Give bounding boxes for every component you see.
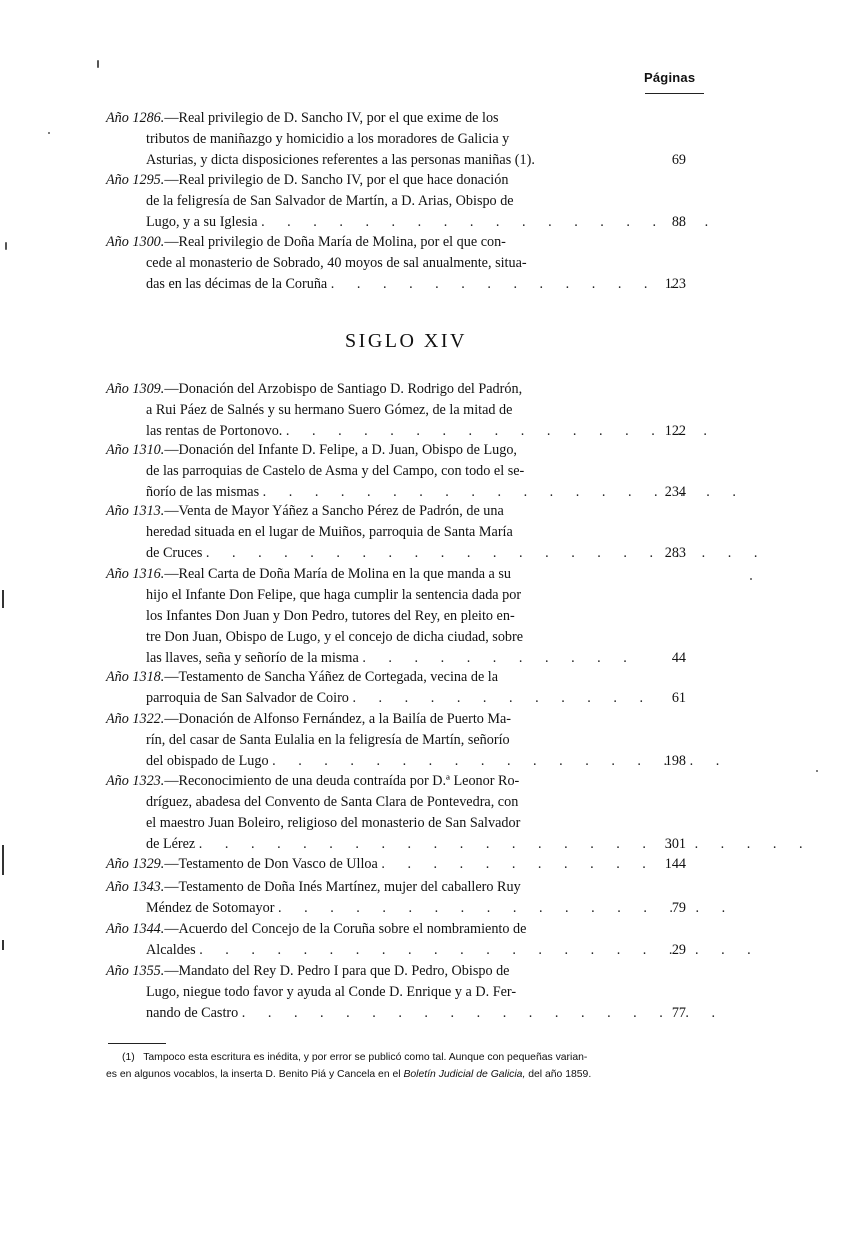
entry-year: Año 1355. bbox=[106, 963, 164, 979]
entry-page-number: 29 bbox=[576, 940, 686, 961]
entry-text: las rentas de Portonovo. bbox=[146, 423, 282, 439]
footnote-text: del año 1859. bbox=[525, 1069, 591, 1080]
entry-year: Año 1309. bbox=[106, 381, 164, 397]
entry-text: Alcaldes bbox=[146, 942, 196, 958]
pages-column-header: Páginas bbox=[644, 70, 695, 85]
entry-year: Año 1343. bbox=[106, 879, 164, 895]
scan-margin-mark bbox=[2, 590, 4, 608]
footnote-marker: (1) bbox=[122, 1052, 135, 1063]
scan-speck bbox=[97, 60, 99, 68]
entry-text: ñorío de las mismas bbox=[146, 484, 259, 500]
entry-page-number: 88 bbox=[576, 212, 686, 233]
entry-page-number: 44 bbox=[576, 648, 686, 669]
entry-text: cede al monasterio de Sobrado, 40 moyos … bbox=[146, 253, 527, 274]
entry-page-number: 301 bbox=[576, 834, 686, 855]
scan-speck bbox=[750, 578, 752, 580]
entry-year: Año 1318. bbox=[106, 669, 164, 685]
entry-text: del obispado de Lugo bbox=[146, 753, 269, 769]
entry-year: Año 1286. bbox=[106, 110, 164, 126]
footnote-divider bbox=[108, 1043, 166, 1044]
scan-margin-mark bbox=[2, 940, 4, 950]
entry-text: nando de Castro bbox=[146, 1005, 238, 1021]
entry-page-number: 283 bbox=[576, 543, 686, 564]
entry-year: Año 1300. bbox=[106, 234, 164, 250]
entry-page-number: 144 bbox=[576, 854, 686, 875]
entry-page-number: 123 bbox=[576, 274, 686, 295]
footnote-line-2: es en algunos vocablos, la inserta D. Be… bbox=[106, 1066, 716, 1083]
entry-text: el maestro Juan Boleiro, religioso del m… bbox=[146, 813, 520, 834]
entry-text: —Real privilegio de Doña María de Molina… bbox=[164, 234, 506, 250]
entry-text: das en las décimas de la Coruña bbox=[146, 276, 327, 292]
entry-text: —Acuerdo del Concejo de la Coruña sobre … bbox=[164, 921, 526, 937]
entry-year: Año 1295. bbox=[106, 172, 164, 188]
entry-text: de la feligresía de San Salvador de Mart… bbox=[146, 191, 514, 212]
entry-text: dríguez, abadesa del Convento de Santa C… bbox=[146, 792, 518, 813]
entry-text: de Lérez bbox=[146, 836, 195, 852]
dot-leaders: . . . . . . . . . . . . . . . . . . . . … bbox=[199, 836, 812, 852]
entry-text: —Testamento de Sancha Yáñez de Cortegada… bbox=[164, 669, 498, 685]
footnote-text: Tampoco esta escritura es inédita, y por… bbox=[143, 1052, 587, 1063]
entry-year: Año 1313. bbox=[106, 503, 164, 519]
entry-year: Año 1344. bbox=[106, 921, 164, 937]
entry-text: Méndez de Sotomayor bbox=[146, 900, 274, 916]
entry-text: —Reconocimiento de una deuda contraída p… bbox=[164, 773, 519, 789]
entry-text: tre Don Juan, Obispo de Lugo, y el conce… bbox=[146, 627, 523, 648]
entry-text: de Cruces bbox=[146, 545, 202, 561]
entry-text: hijo el Infante Don Felipe, que haga cum… bbox=[146, 585, 521, 606]
scan-margin-mark bbox=[2, 845, 4, 875]
entry-text: tributos de maniñazgo y homicidio a los … bbox=[146, 129, 509, 150]
entry-text: —Donación del Infante D. Felipe, a D. Ju… bbox=[164, 442, 517, 458]
entry-year: Año 1323. bbox=[106, 773, 164, 789]
entry-page-number: 77 bbox=[576, 1003, 686, 1024]
document-page: Páginas Año 1286.—Real privilegio de D. … bbox=[0, 0, 850, 1255]
header-underline bbox=[645, 93, 704, 94]
entry-page-number: 122 bbox=[576, 421, 686, 442]
entry-year: Año 1316. bbox=[106, 566, 164, 582]
entry-text: rín, del casar de Santa Eulalia en la fe… bbox=[146, 730, 510, 751]
entry-page-number: 79 bbox=[576, 898, 686, 919]
entry-text: —Testamento de Don Vasco de Ulloa bbox=[164, 856, 377, 872]
scan-speck bbox=[48, 132, 50, 134]
footnote-line-1: (1) Tampoco esta escritura es inédita, y… bbox=[122, 1049, 732, 1066]
entry-text: Lugo, y a su Iglesia bbox=[146, 214, 258, 230]
entry-year: Año 1322. bbox=[106, 711, 164, 727]
entry-text: —Real privilegio de D. Sancho IV, por el… bbox=[164, 172, 508, 188]
entry-text: Lugo, niegue todo favor y ayuda al Conde… bbox=[146, 982, 516, 1003]
entry-text: los Infantes Don Juan y Don Pedro, tutor… bbox=[146, 606, 515, 627]
entry-page-number: 198 bbox=[576, 751, 686, 772]
entry-year: Año 1329. bbox=[106, 856, 164, 872]
entry-text: a Rui Páez de Salnés y su hermano Suero … bbox=[146, 400, 512, 421]
entry-text: —Venta de Mayor Yáñez a Sancho Pérez de … bbox=[164, 503, 503, 519]
entry-text: —Donación del Arzobispo de Santiago D. R… bbox=[164, 381, 522, 397]
entry-page-number: 61 bbox=[576, 688, 686, 709]
scan-speck bbox=[5, 242, 7, 250]
scan-speck bbox=[816, 770, 818, 772]
section-title: SIGLO XIV bbox=[0, 330, 812, 353]
entry-text: parroquia de San Salvador de Coiro bbox=[146, 690, 349, 706]
entry-text: —Donación de Alfonso Fernández, a la Bai… bbox=[164, 711, 511, 727]
footnote-text: es en algunos vocablos, la inserta D. Be… bbox=[106, 1069, 403, 1080]
entry-text: —Real privilegio de D. Sancho IV, por el… bbox=[164, 110, 498, 126]
entry-page-number: 69 bbox=[576, 150, 686, 171]
entry-text: Asturias, y dicta disposiciones referent… bbox=[146, 150, 535, 171]
entry-text: las llaves, seña y señorío de la misma bbox=[146, 650, 359, 666]
entry-text: de las parroquias de Castelo de Asma y d… bbox=[146, 461, 524, 482]
entry-text: —Real Carta de Doña María de Molina en l… bbox=[164, 566, 511, 582]
entry-text: heredad situada en el lugar de Muiños, p… bbox=[146, 522, 513, 543]
entry-text: —Testamento de Doña Inés Martínez, mujer… bbox=[164, 879, 520, 895]
footnote-citation: Boletín Judicial de Galicia, bbox=[403, 1069, 525, 1080]
entry-year: Año 1310. bbox=[106, 442, 164, 458]
entry-page-number: 234 bbox=[576, 482, 686, 503]
entry-text: —Mandato del Rey D. Pedro I para que D. … bbox=[164, 963, 509, 979]
